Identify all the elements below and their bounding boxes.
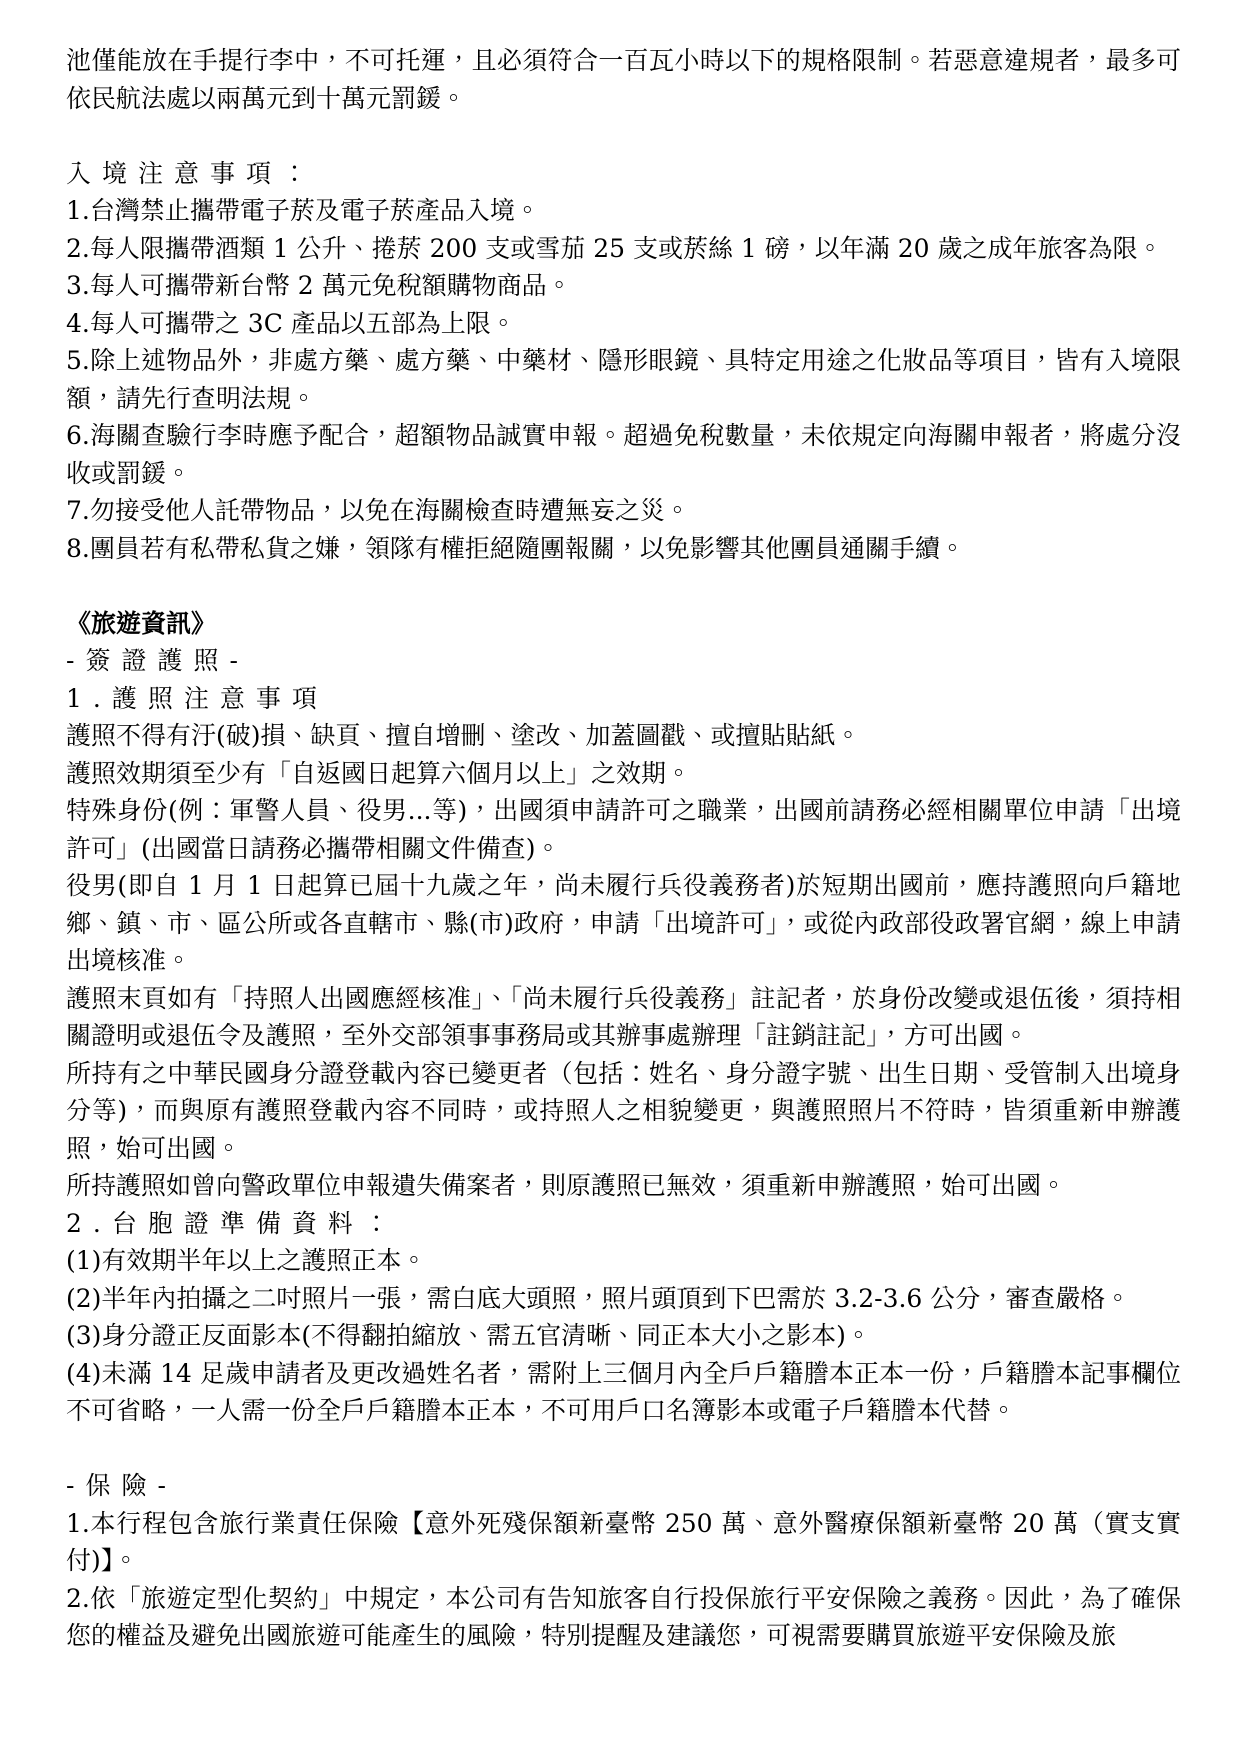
section-label: -簽證護照- <box>66 642 1181 680</box>
section-label: 1.護照注意事項 <box>66 680 1181 718</box>
paragraph: 所持有之中華民國身分證登載內容已變更者（包括：姓名、身分證字號、出生日期、受管制… <box>66 1055 1181 1168</box>
paragraph: 3.每人可攜帶新台幣 2 萬元免稅額購物商品。 <box>66 267 1181 305</box>
paragraph: (4)未滿 14 足歲申請者及更改過姓名者，需附上三個月內全戶戶籍謄本正本一份，… <box>66 1355 1181 1430</box>
paragraph: 4.每人可攜帶之 3C 產品以五部為上限。 <box>66 305 1181 343</box>
blank-line <box>66 1430 1181 1468</box>
paragraph: 役男(即自 1 月 1 日起算已屆十九歲之年，尚未履行兵役義務者)於短期出國前，… <box>66 867 1181 980</box>
paragraph: 特殊身份(例：軍警人員、役男...等)，出國須申請許可之職業，出國前請務必經相關… <box>66 792 1181 867</box>
paragraph: (1)有效期半年以上之護照正本。 <box>66 1242 1181 1280</box>
blank-line <box>66 567 1181 605</box>
paragraph: 2.每人限攜帶酒類 1 公升、捲菸 200 支或雪茄 25 支或菸絲 1 磅，以… <box>66 230 1181 268</box>
paragraph: 5.除上述物品外，非處方藥、處方藥、中藥材、隱形眼鏡、具特定用途之化妝品等項目，… <box>66 342 1181 417</box>
paragraph: 6.海關查驗行李時應予配合，超額物品誠實申報。超過免稅數量，未依規定向海關申報者… <box>66 417 1181 492</box>
paragraph: 1.本行程包含旅行業責任保險【意外死殘保額新臺幣 250 萬、意外醫療保額新臺幣… <box>66 1505 1181 1580</box>
paragraph: 2.依「旅遊定型化契約」中規定，本公司有告知旅客自行投保旅行平安保險之義務。因此… <box>66 1580 1181 1655</box>
section-title: 《旅遊資訊》 <box>66 605 1181 643</box>
paragraph: (2)半年內拍攝之二吋照片一張，需白底大頭照，照片頭頂到下巴需於 3.2-3.6… <box>66 1280 1181 1318</box>
paragraph: (3)身分證正反面影本(不得翻拍縮放、需五官清晰、同正本大小之影本)。 <box>66 1317 1181 1355</box>
section-label: -保險- <box>66 1467 1181 1505</box>
paragraph: 池僅能放在手提行李中，不可托運，且必須符合一百瓦小時以下的規格限制。若惡意違規者… <box>66 42 1181 117</box>
blank-line <box>66 117 1181 155</box>
document-content: 池僅能放在手提行李中，不可托運，且必須符合一百瓦小時以下的規格限制。若惡意違規者… <box>66 42 1181 1655</box>
paragraph: 所持護照如曾向警政單位申報遺失備案者，則原護照已無效，須重新申辦護照，始可出國。 <box>66 1167 1181 1205</box>
paragraph: 護照末頁如有「持照人出國應經核准」、「尚未履行兵役義務」註記者，於身份改變或退伍… <box>66 980 1181 1055</box>
document-page: 池僅能放在手提行李中，不可托運，且必須符合一百瓦小時以下的規格限制。若惡意違規者… <box>0 0 1241 1755</box>
section-label: 入境注意事項： <box>66 155 1181 193</box>
paragraph: 7.勿接受他人託帶物品，以免在海關檢查時遭無妄之災。 <box>66 492 1181 530</box>
paragraph: 8.團員若有私帶私貨之嫌，領隊有權拒絕隨團報關，以免影響其他團員通關手續。 <box>66 530 1181 568</box>
section-label: 2.台胞證準備資料： <box>66 1205 1181 1243</box>
paragraph: 護照不得有汙(破)損、缺頁、擅自增刪、塗改、加蓋圖戳、或擅貼貼紙。 <box>66 717 1181 755</box>
paragraph: 護照效期須至少有「自返國日起算六個月以上」之效期。 <box>66 755 1181 793</box>
paragraph: 1.台灣禁止攜帶電子菸及電子菸產品入境。 <box>66 192 1181 230</box>
